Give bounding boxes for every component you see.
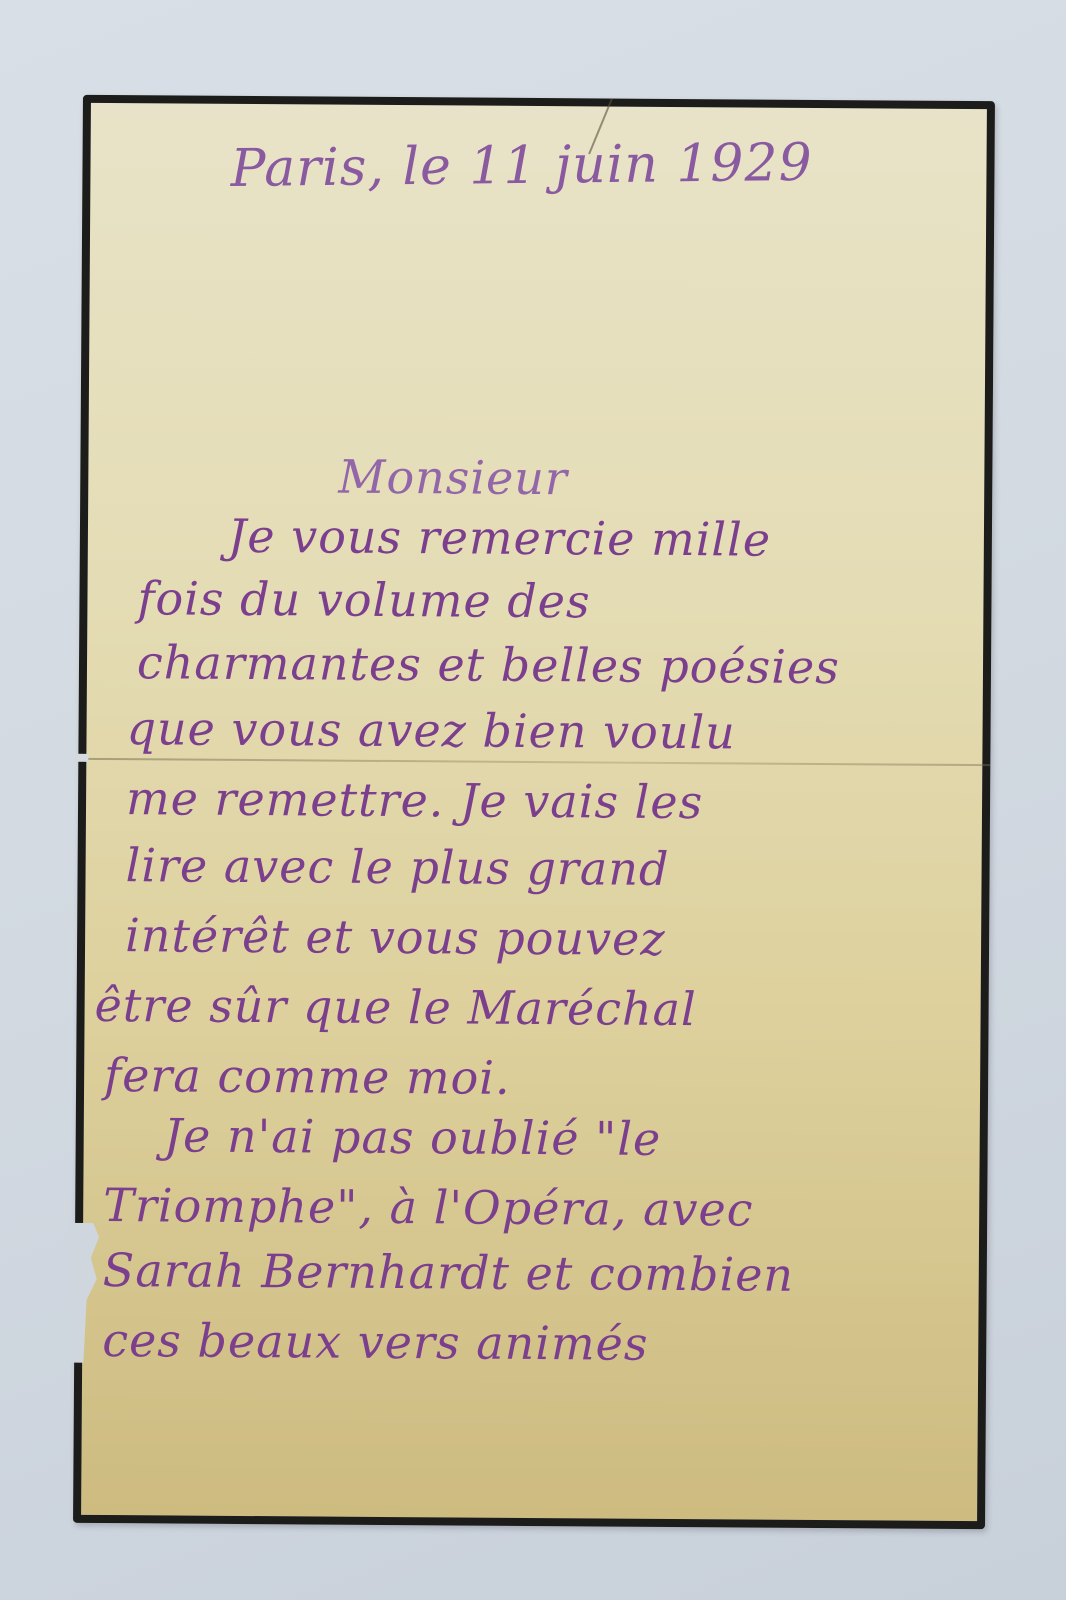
letter-line: me remettre. Je vais les [126, 771, 703, 829]
letter-line: Je n'ai pas oublié "le [164, 1108, 662, 1165]
letter-line: Sarah Bernhardt et combien [103, 1243, 795, 1302]
letter-line: fera comme moi. [104, 1048, 511, 1105]
letter-line: intérêt et vous pouvez [125, 908, 666, 966]
letter-line: que vous avez bien voulu [126, 701, 736, 759]
letter-line: être sûr que le Maréchal [94, 978, 696, 1036]
letter-sheet: Paris, le 11 juin 1929 Monsieur Je vous … [73, 95, 995, 1529]
fold-crease [78, 758, 990, 766]
letter-line: lire avec le plus grand [125, 838, 669, 896]
letter-line: ces beaux vers animés [102, 1313, 649, 1371]
salutation: Monsieur [338, 450, 568, 506]
letter-line: Je vous remercie mille [228, 509, 772, 567]
letter-line: charmantes et belles poésies [137, 635, 840, 694]
letter-line: Triomphe", à l'Opéra, avec [103, 1178, 754, 1237]
photograph-background: Paris, le 11 juin 1929 Monsieur Je vous … [0, 0, 1066, 1600]
border-gap [76, 754, 88, 762]
letter-line: fois du volume des [137, 571, 590, 628]
dateline: Paris, le 11 juin 1929 [230, 133, 813, 199]
